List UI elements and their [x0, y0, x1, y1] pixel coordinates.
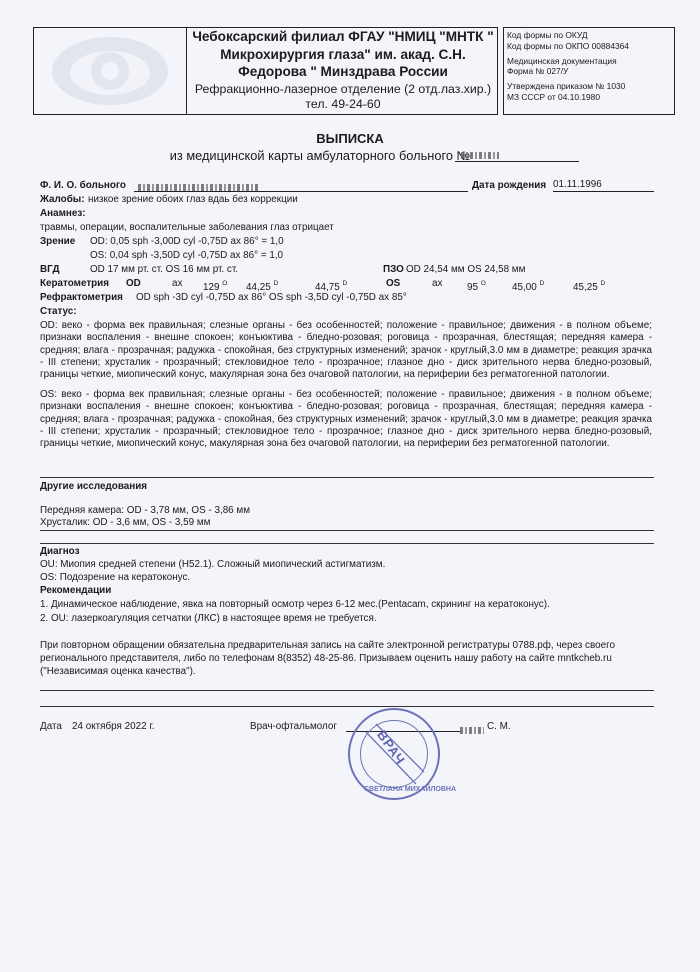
- patient-name-label: Ф. И. О. больного: [40, 180, 126, 192]
- status-od: OD: веко - форма век правильная; слезные…: [40, 320, 652, 381]
- date-value: 24 октября 2022 г.: [72, 721, 155, 733]
- stamp-ring-text: СВЕТЛАНА МИХАЙЛОВНА: [364, 786, 456, 793]
- organization-name: Чебоксарский филиал ФГАУ "НМИЦ "МНТК " М…: [188, 28, 498, 81]
- keratometry-os-k1: 45,00 D: [512, 278, 544, 294]
- keratometry-od-eye: OD: [126, 278, 141, 290]
- diagnosis-label: Диагноз: [40, 546, 80, 558]
- status-label: Статус:: [40, 306, 77, 318]
- dob-value: 01.11.1996: [553, 179, 654, 192]
- iop-label: ВГД: [40, 264, 60, 276]
- patient-name-field: [134, 179, 468, 192]
- axial-length-label: ПЗО: [383, 264, 404, 276]
- recommendation-item: 2. OU: лазеркоагуляция сетчатки (ЛКС) в …: [40, 613, 377, 625]
- recommendation-item: 1. Динамическое наблюдение, явка на повт…: [40, 599, 550, 611]
- vision-od: OD: 0,05 sph -3,00D cyl -0,75D ax 86° = …: [90, 236, 284, 248]
- refractometry-value: OD sph -3D cyl -0,75D ax 86° OS sph -3,5…: [136, 292, 407, 304]
- divider: [40, 530, 654, 531]
- divider: [40, 543, 654, 544]
- complaints-label: Жалобы:: [40, 194, 85, 206]
- recommendations-label: Рекомендации: [40, 585, 111, 597]
- refractometry-label: Рефрактометрия: [40, 292, 123, 304]
- complaints-value: низкое зрение обоих глаз вдаь без коррек…: [88, 194, 298, 206]
- redacted-card-number: [461, 152, 499, 159]
- doctor-initials: С. М.: [487, 721, 511, 733]
- redacted-doctor-name: [460, 722, 484, 740]
- card-number-field: [455, 145, 579, 162]
- keratometry-od-ax-label: ax: [172, 278, 182, 290]
- anamnesis-value: травмы, операции, воспалительные заболев…: [40, 222, 334, 234]
- iop-value: OD 17 мм рт. ст. OS 16 мм рт. ст.: [90, 264, 238, 276]
- diagnosis-line-1: OU: Миопия средней степени (H52.1). Слож…: [40, 559, 385, 571]
- doctor-label: Врач-офтальмолог: [250, 721, 337, 733]
- status-os: OS: веко - форма век правильная; слезные…: [40, 389, 652, 450]
- logo-cell: [33, 27, 187, 115]
- keratometry-os-k2: 45,25 D: [573, 278, 605, 294]
- document-title: ВЫПИСКА: [0, 131, 700, 146]
- form-info-box: Код формы по ОКУД Код формы по ОКПО 0088…: [503, 27, 675, 115]
- date-label: Дата: [40, 721, 62, 733]
- keratometry-os-eye: OS: [386, 278, 400, 290]
- phone: тел. 49-24-60: [188, 97, 498, 112]
- anterior-chamber: Передняя камера: OD - 3,78 мм, OS - 3,86…: [40, 505, 250, 517]
- dob-label: Дата рождения: [472, 180, 546, 192]
- vision-os: OS: 0,04 sph -3,50D cyl -0,75D ax 86° = …: [90, 250, 283, 262]
- diagnosis-line-2: OS: Подозрение на кератоконус.: [40, 572, 190, 584]
- keratometry-os-ax-label: ax: [432, 278, 442, 290]
- registration-notice: При повторном обращении обязательна пред…: [40, 639, 640, 678]
- divider: [40, 690, 654, 691]
- eye-logo-icon: [33, 27, 187, 115]
- anamnesis-label: Анамнез:: [40, 208, 86, 220]
- redacted-patient-name: [138, 184, 258, 191]
- divider: [40, 706, 654, 707]
- department: Рефракционно-лазерное отделение (2 отд.л…: [188, 82, 498, 112]
- keratometry-label: Кератометрия: [40, 278, 109, 290]
- axial-length-value: OD 24,54 мм OS 24,58 мм: [406, 264, 525, 276]
- lens: Хрусталик: OD - 3,6 мм, OS - 3,59 мм: [40, 517, 210, 529]
- vision-label: Зрение: [40, 236, 75, 248]
- keratometry-os-axis: 95 О: [467, 278, 486, 294]
- other-studies-label: Другие исследования: [40, 481, 147, 493]
- divider: [40, 477, 654, 478]
